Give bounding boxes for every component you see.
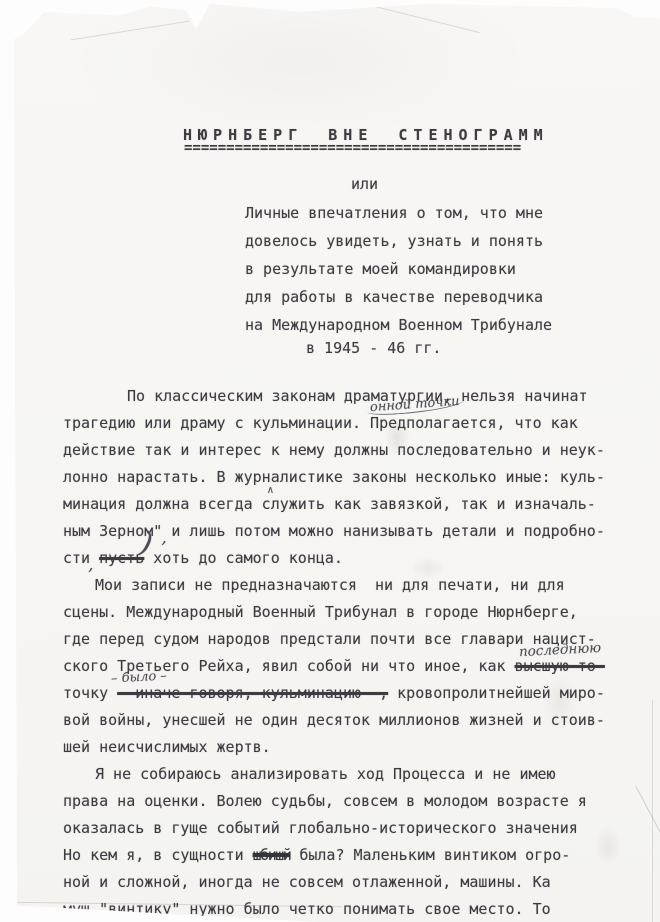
text-line: лонно нарастать. В журналистике законы н… xyxy=(63,464,605,491)
text-line: сти,) пусть хоть до самого конца. xyxy=(63,545,605,572)
typed-text: лужить как завязкой, так и изначаль- xyxy=(271,495,596,513)
text-line: Я не собираюсь анализировать ход Процесс… xyxy=(63,761,605,788)
typed-text: ной и сложной, иногда не совсем отлаженн… xyxy=(63,873,551,891)
document-body: По классическим законам драматургии, нел… xyxy=(63,383,605,922)
typed-text: сти xyxy=(63,549,90,567)
subtitle-line: на Международном Военном Трибунале xyxy=(245,311,552,339)
typed-text: кровопролитнейшей миро- xyxy=(388,684,605,702)
text-line: сцены. Международный Военный Трибунал в … xyxy=(63,599,605,626)
paper-fold-line xyxy=(635,786,660,919)
typed-text: хоть до самого конца. xyxy=(144,549,343,567)
text-line: Мои записи не предназначаются ни для печ… xyxy=(63,572,605,599)
text-line: трагедию или драму с кульминации.онной т… xyxy=(63,410,605,437)
typed-text: сцены. Международный Военный Трибунал в … xyxy=(63,603,578,621)
typed-text: права на оценки. Волею судьбы, совсем в … xyxy=(63,792,587,810)
struck-text: — иначе говоря, кульминацию —, xyxy=(117,684,388,702)
typed-text: была? Маленьким винтиком огро- xyxy=(290,846,570,864)
text-line: права на оценки. Волею судьбы, совсем в … xyxy=(63,788,605,815)
typed-text: и лишь потом можно нанизывать детали и п… xyxy=(162,522,605,540)
subtitle-or: или xyxy=(351,175,378,193)
typed-text: шей неисчислимых жертв. xyxy=(63,738,271,756)
struck-text: шбишй xyxy=(253,846,291,864)
document-page: НЮРНБЕРГ ВНЕ СТЕНОГРАММ ================… xyxy=(0,0,660,922)
scanned-document: НЮРНБЕРГ ВНЕ СТЕНОГРАММ ================… xyxy=(0,0,660,922)
subtitle-line: довелось увидеть, узнать и понять xyxy=(245,227,552,255)
text-line: вой войны, унесшей не один десяток милли… xyxy=(63,707,605,734)
paper-crease xyxy=(71,21,190,41)
document-subtitle: Личные впечатления о том, что мнедовелос… xyxy=(245,199,552,339)
date-line: в 1945 - 46 гг. xyxy=(306,339,441,357)
struck-text: высшую то- xyxy=(515,657,605,675)
typed-text: действие так и интерес к нему должны пос… xyxy=(63,441,605,459)
paragraph: По классическим законам драматургии, нел… xyxy=(63,383,605,572)
typed-text: вой войны, унесшей не один десяток милли… xyxy=(63,711,605,729)
typed-text: Я не собираюсь анализировать ход Процесс… xyxy=(95,765,556,783)
text-line: действие так и интерес к нему должны пос… xyxy=(63,437,605,464)
typed-text: мущ xyxy=(63,900,90,918)
typed-text: минация должна всегда с xyxy=(63,495,271,513)
typed-text: Предполагается, что как xyxy=(361,414,578,432)
text-line: Но кем я, в сущности шбишй была? Маленьк… xyxy=(63,842,605,869)
typed-text: лонно нарастать. В журналистике законы н… xyxy=(63,468,605,486)
text-line: По классическим законам драматургии, нел… xyxy=(63,383,605,410)
paragraph: Мои записи не предназначаются ни для печ… xyxy=(63,572,605,761)
paragraph: Я не собираюсь анализировать ход Процесс… xyxy=(63,761,605,922)
text-line: мущ, "винтику" нужно было четко понимать… xyxy=(63,896,605,922)
typed-text: Но кем я, в сущности xyxy=(63,846,253,864)
typed-text: Мои записи не предназначаются ни для печ… xyxy=(95,576,565,594)
text-line: минация должна всегда с∧лужить как завяз… xyxy=(63,491,605,518)
title-underline: ======================================== xyxy=(184,140,521,156)
text-line: шей неисчислимых жертв. xyxy=(63,734,605,761)
typed-text: точку xyxy=(63,684,117,702)
typed-text: оказалась в гуще событий глобально-истор… xyxy=(63,819,578,837)
subtitle-line: для работы в качестве переводчика xyxy=(245,283,552,311)
typed-text: где перед судом народов предстали почти … xyxy=(63,630,596,648)
typed-text: "винтику" нужно было четко понимать свое… xyxy=(90,900,551,918)
typed-text: трагедию или драму с кульминации. xyxy=(63,414,361,432)
text-line: точку – было –— иначе говоря, кульминаци… xyxy=(63,680,605,707)
subtitle-line: Личные впечатления о том, что мне xyxy=(245,199,552,227)
text-line: оказалась в гуще событий глобально-истор… xyxy=(63,815,605,842)
text-line: ной и сложной, иногда не совсем отлаженн… xyxy=(63,869,605,896)
subtitle-line: в результате моей командировки xyxy=(245,255,552,283)
typed-text: По классическим законам драматургии, нел… xyxy=(127,387,588,405)
paper-crease xyxy=(334,0,480,33)
paper-edge-line xyxy=(652,700,653,922)
